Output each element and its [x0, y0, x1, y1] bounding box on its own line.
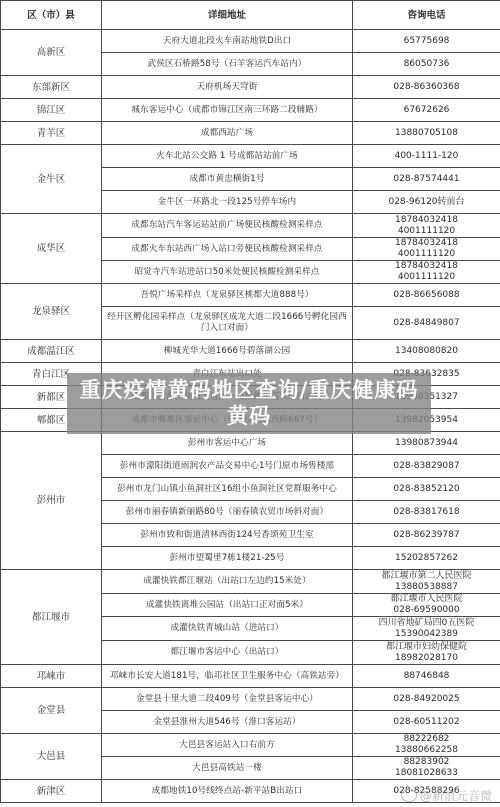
phone-cell: 15202857262 [353, 547, 500, 570]
phone-primary: 028-86656088 [356, 290, 497, 301]
phone-primary: 028-96120转前台 [356, 197, 497, 208]
table-row: 邛崃市邛崃市长安大道181号，临邛社区卫生服务中心（高铁站旁）88746848 [1, 665, 500, 688]
phone-primary: 都江堰市第二人民医院 [356, 571, 497, 582]
banner-line-1: 重庆疫情黄码地区查询/重庆健康码 [67, 377, 431, 403]
phone-secondary: 18081028633 [356, 768, 497, 779]
phone-primary: 88283902 [356, 757, 497, 768]
address-cell: 经开区孵化园采样点（龙泉驿区成龙大道二段1666号孵化园西门入口对面） [102, 307, 353, 340]
phone-secondary: 13880662258 [356, 745, 497, 756]
table-row: 青羊区成都西站广场13880705108 [1, 122, 500, 145]
address-cell: 火车北站公交路 1 号成都站站前广场 [102, 145, 353, 168]
phone-primary: 028-83817618 [356, 507, 497, 518]
address-cell: 彭州市望蜀里7栋1楼21-25号 [102, 547, 353, 570]
table-row: 彭州市彭州市客运中心广场13980873944 [1, 432, 500, 455]
title-banner: 重庆疫情黄码地区查询/重庆健康码 黄码 [67, 373, 431, 434]
phone-primary: 都江堰市人民医院 [356, 594, 497, 605]
phone-primary: 028-84849807 [356, 318, 497, 329]
district-cell: 金牛区 [1, 145, 102, 214]
phone-primary: 028-83829087 [356, 461, 497, 472]
address-cell: 彭州市濛阳街道雨润农产品交易中心1号门原市场售楼部 [102, 455, 353, 478]
phone-secondary: 15390042389 [356, 629, 497, 640]
address-cell: 成都东站汽车客运站站前广场便民核酸检测采样点 [102, 214, 353, 238]
address-cell: 天府大道北段火车南站地铁D出口 [102, 30, 353, 53]
phone-cell: 028-86656088 [353, 284, 500, 307]
address-cell: 成都地铁10号线终点站-新平站B出站口 [102, 780, 353, 803]
address-cell: 成都火车东站西广场入站口旁便民核酸检测采样点 [102, 238, 353, 261]
phone-cell: 86050736 [353, 53, 500, 76]
phone-secondary: 4001111120 [356, 226, 497, 237]
header-district: 区（市）县 [1, 1, 102, 30]
phone-secondary: 028-69590000 [356, 605, 497, 616]
phone-primary: 88222682 [356, 734, 497, 745]
phone-cell: 028-83829087 [353, 455, 500, 478]
address-cell: 金牛区一环路北一段125号停车场内 [102, 191, 353, 214]
banner-line-2: 黄码 [67, 403, 431, 429]
phone-primary: 13980873944 [356, 438, 497, 449]
phone-cell: 028-83817618 [353, 501, 500, 524]
district-cell: 成华区 [1, 214, 102, 284]
phone-primary: 13880705108 [356, 128, 497, 139]
address-cell: 彭州市致和街道清林西街124号香颂苑卫生室 [102, 524, 353, 547]
table-row: 成都温江区柳城光华大道1666号碧落湖公园13408080820 [1, 340, 500, 363]
phone-primary: 65775698 [356, 36, 497, 47]
phone-secondary: 13880538887 [356, 582, 497, 593]
phone-cell: 028-83852120 [353, 478, 500, 501]
phone-primary: 028-60511202 [356, 717, 497, 728]
address-cell: 成都市黄忠横街1号 [102, 168, 353, 191]
district-cell: 东部新区 [1, 76, 102, 99]
phone-cell: 187840324184001111120 [353, 238, 500, 261]
phone-primary: 028-87574441 [356, 174, 497, 185]
phone-cell: 67672626 [353, 99, 500, 122]
address-cell: 邛崃市长安大道181号，临邛社区卫生服务中心（高铁站旁） [102, 665, 353, 688]
address-cell: 大邑县高铁站一楼 [102, 757, 353, 780]
phone-primary: 18784032418 [356, 215, 497, 226]
phone-cell: 400-1111-120 [353, 145, 500, 168]
phone-secondary: 4001111120 [356, 272, 497, 283]
phone-primary: 四川省地矿局四0五医院 [356, 618, 497, 629]
phone-cell: 028-96120转前台 [353, 191, 500, 214]
district-cell: 邛崃市 [1, 665, 102, 688]
phone-primary: 67672626 [356, 105, 497, 116]
table-row: 金牛区火车北站公交路 1 号成都站站前广场400-1111-120 [1, 145, 500, 168]
weibo-icon [401, 789, 417, 802]
district-cell: 新津区 [1, 780, 102, 803]
phone-primary: 028-86239787 [356, 530, 497, 541]
address-cell: 彭州市客运中心广场 [102, 432, 353, 455]
district-cell: 金堂县 [1, 688, 102, 734]
address-cell: 成都西站广场 [102, 122, 353, 145]
address-cell: 成灌快铁青城山站（进站口） [102, 617, 353, 641]
phone-cell: 13980873944 [353, 432, 500, 455]
district-cell: 龙泉驿区 [1, 284, 102, 340]
phone-secondary: 18982028170 [356, 653, 497, 664]
phone-primary: 88746848 [356, 671, 497, 682]
phone-cell: 8822268213880662258 [353, 734, 500, 757]
district-cell: 成都温江区 [1, 340, 102, 363]
header-address: 详细地址 [102, 1, 353, 30]
address-cell: 都江堰市客运中心（出站口） [102, 641, 353, 665]
district-cell: 大邑县 [1, 734, 102, 780]
phone-cell: 都江堰市妇幼保健院18982028170 [353, 641, 500, 665]
phone-cell: 四川省地矿局四0五医院15390042389 [353, 617, 500, 641]
address-cell: 彭州市丽春镇新丽路80号（丽春镇农贸市场斜对面） [102, 501, 353, 524]
phone-cell: 028-84849807 [353, 307, 500, 340]
table-row: 金堂县金堂县十里大道二段409号（金堂县客运中心）028-84920025 [1, 688, 500, 711]
phone-cell: 028-87574441 [353, 168, 500, 191]
table-row: 都江堰市成灌快铁都江堰站（出站口左边约15米处）都江堰市第二人民医院138805… [1, 570, 500, 594]
phone-primary: 028-83852120 [356, 484, 497, 495]
table-row: 高新区天府大道北段火车南站地铁D出口65775698 [1, 30, 500, 53]
table-row: 成华区成都东站汽车客运站站前广场便民核酸检测采样点187840324184001… [1, 214, 500, 238]
phone-cell: 13408080820 [353, 340, 500, 363]
watermark-text: @新浪元音微 [420, 787, 492, 804]
address-cell: 柳城光华大道1666号碧落湖公园 [102, 340, 353, 363]
phone-cell: 028-86239787 [353, 524, 500, 547]
address-cell: 彭州市龙门山镇小鱼洞社区16组小鱼洞社区党群服务中心 [102, 478, 353, 501]
phone-cell: 65775698 [353, 30, 500, 53]
phone-cell: 8828390218081028633 [353, 757, 500, 780]
address-cell: 成灌快铁离堆公园站（出站口正对面5米） [102, 594, 353, 617]
table-row: 锦江区城东客运中心（成都市锦江区南三环路二段辅路）67672626 [1, 99, 500, 122]
address-cell: 大邑县客运站入口右前方 [102, 734, 353, 757]
address-cell: 成灌快铁都江堰站（出站口左边约15米处） [102, 570, 353, 594]
table-row: 东部新区天府机场天穹街028-86360368 [1, 76, 500, 99]
phone-cell: 028-84920025 [353, 688, 500, 711]
phone-primary: 86050736 [356, 59, 497, 70]
phone-cell: 187840324184001111120 [353, 214, 500, 238]
address-cell: 吾悦广场采样点（龙泉驿区桃都大道888号） [102, 284, 353, 307]
district-cell: 都江堰市 [1, 570, 102, 665]
phone-primary: 15202857262 [356, 553, 497, 564]
address-cell: 金堂县淮州大道546号（淮口客运站） [102, 711, 353, 734]
phone-primary: 13408080820 [356, 346, 497, 357]
phone-secondary: 4001111120 [356, 249, 497, 260]
table-row: 大邑县大邑县客运站入口右前方8822268213880662258 [1, 734, 500, 757]
address-cell: 武侯区石桥路58号（石羊客运汽车站内） [102, 53, 353, 76]
district-cell: 高新区 [1, 30, 102, 76]
phone-primary: 028-86360368 [356, 82, 497, 93]
phone-cell: 都江堰市人民医院028-69590000 [353, 594, 500, 617]
phone-cell: 028-60511202 [353, 711, 500, 734]
phone-primary: 400-1111-120 [356, 151, 497, 162]
table-row: 龙泉驿区吾悦广场采样点（龙泉驿区桃都大道888号）028-86656088 [1, 284, 500, 307]
phone-primary: 18784032418 [356, 261, 497, 272]
district-cell: 锦江区 [1, 99, 102, 122]
phone-primary: 028-84920025 [356, 694, 497, 705]
header-phone: 咨询电话 [353, 1, 500, 30]
address-cell: 天府机场天穹街 [102, 76, 353, 99]
address-cell: 金堂县十里大道二段409号（金堂县客运中心） [102, 688, 353, 711]
phone-primary: 18784032418 [356, 238, 497, 249]
address-cell: 城东客运中心（成都市锦江区南三环路二段辅路） [102, 99, 353, 122]
district-cell: 彭州市 [1, 432, 102, 570]
phone-cell: 都江堰市第二人民医院13880538887 [353, 570, 500, 594]
phone-primary: 都江堰市妇幼保健院 [356, 642, 497, 653]
phone-cell: 028-86360368 [353, 76, 500, 99]
address-cell: 昭觉寺汽车站进站口50米处便民核酸检测采样点 [102, 261, 353, 284]
phone-cell: 88746848 [353, 665, 500, 688]
phone-cell: 13880705108 [353, 122, 500, 145]
phone-cell: 187840324184001111120 [353, 261, 500, 284]
district-cell: 青羊区 [1, 122, 102, 145]
watermark: @新浪元音微 [401, 787, 492, 804]
